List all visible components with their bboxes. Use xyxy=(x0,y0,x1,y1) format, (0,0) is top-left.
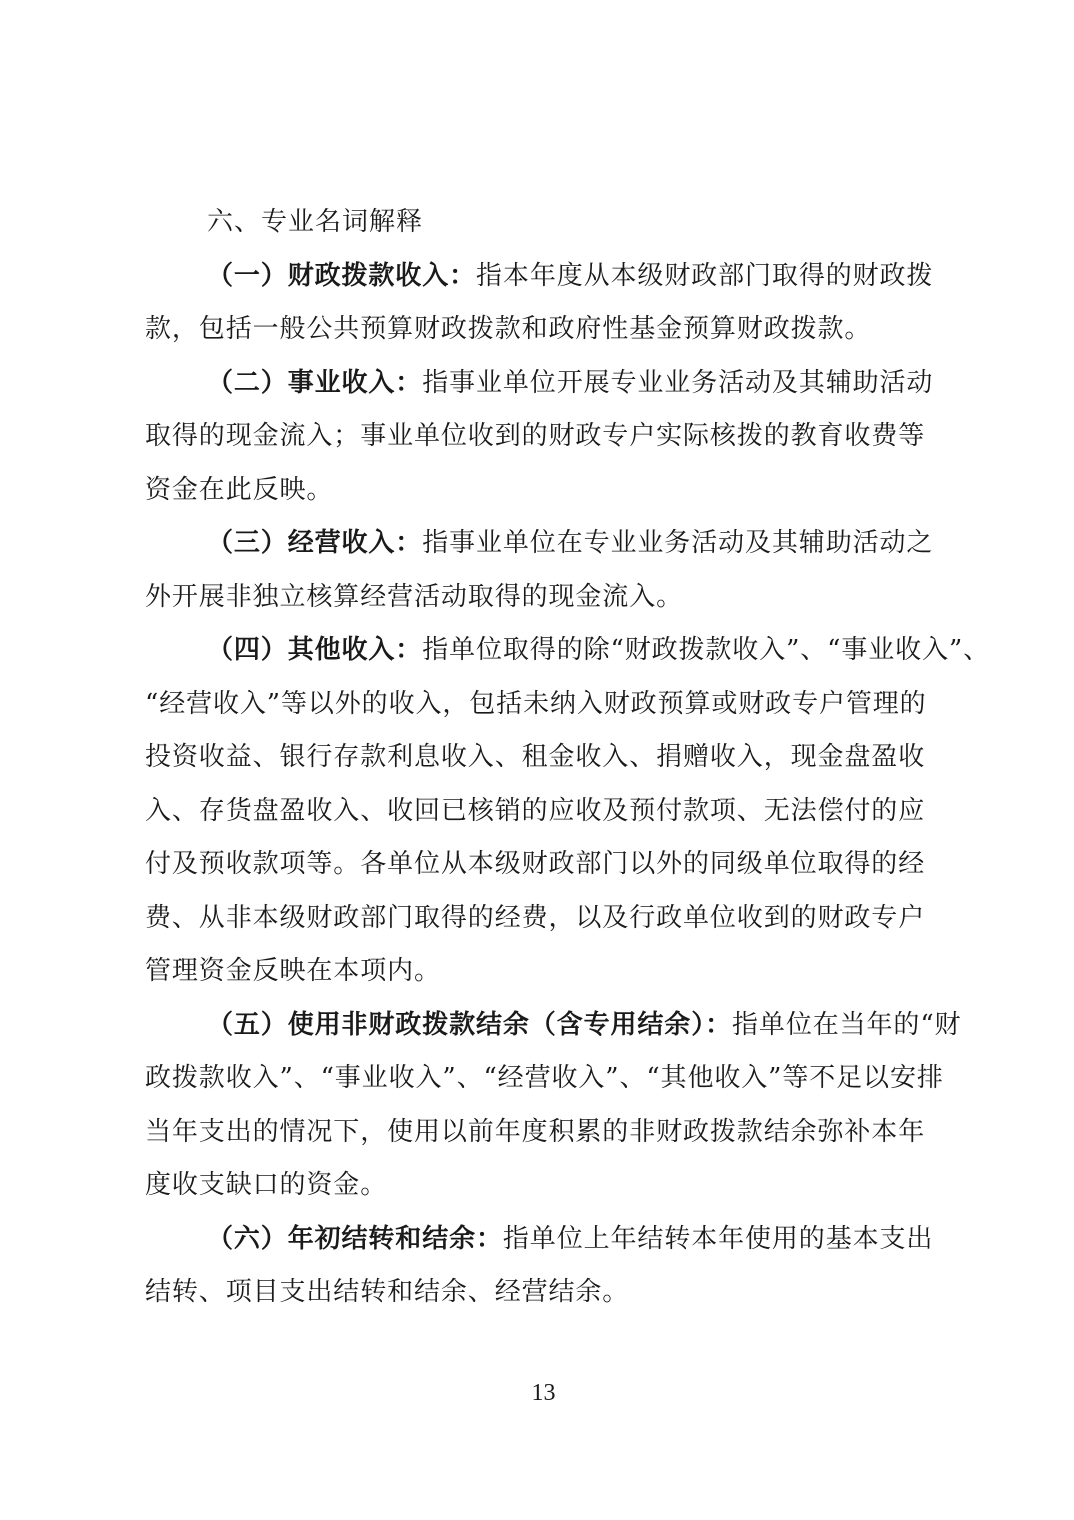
definition-text: 指单位上年结转本年使用的基本支出 xyxy=(503,1224,933,1254)
definition-item-4-line-2: “经营收入”等以外的收入，包括未纳入财政预算或财政专户管理的 xyxy=(145,689,927,719)
definition-item-1-line-2: 款，包括一般公共预算财政拨款和政府性基金预算财政拨款。 xyxy=(145,314,871,344)
definition-term: （一）财政拨款收入： xyxy=(207,261,476,291)
definition-item-3-line-2: 外开展非独立核算经营活动取得的现金流入。 xyxy=(145,582,683,612)
definition-item-1-line-1: （一）财政拨款收入：指本年度从本级财政部门取得的财政拨 xyxy=(207,261,933,291)
definition-item-5-line-2: 政拨款收入”、“事业收入”、“经营收入”、“其他收入”等不足以安排 xyxy=(145,1063,944,1093)
definition-item-3-line-1: （三）经营收入：指事业单位在专业业务活动及其辅助活动之 xyxy=(207,528,933,558)
definition-item-2-line-3: 资金在此反映。 xyxy=(145,475,333,505)
definition-item-4-line-1: （四）其他收入：指单位取得的除“财政拨款收入”、“事业收入”、 xyxy=(207,635,990,665)
definition-text: 指本年度从本级财政部门取得的财政拨 xyxy=(476,261,933,291)
definition-item-4-line-7: 管理资金反映在本项内。 xyxy=(145,956,441,986)
definition-item-5-line-1: （五）使用非财政拨款结余（含专用结余）：指单位在当年的“财 xyxy=(207,1010,961,1040)
definition-text: 指单位取得的除“财政拨款收入”、“事业收入”、 xyxy=(422,635,990,665)
definition-item-4-line-5: 付及预收款项等。各单位从本级财政部门以外的同级单位取得的经 xyxy=(145,849,925,879)
definition-term: （三）经营收入： xyxy=(207,528,422,558)
definition-text: 指事业单位开展专业业务活动及其辅助活动 xyxy=(422,368,933,398)
definition-term: （二）事业收入： xyxy=(207,368,422,398)
definition-item-2-line-1: （二）事业收入：指事业单位开展专业业务活动及其辅助活动 xyxy=(207,368,933,398)
page-number: 13 xyxy=(145,1380,942,1407)
definition-item-5-line-4: 度收支缺口的资金。 xyxy=(145,1170,387,1200)
definition-item-2-line-2: 取得的现金流入；事业单位收到的财政专户实际核拨的教育收费等 xyxy=(145,421,925,451)
definition-item-5-line-3: 当年支出的情况下，使用以前年度积累的非财政拨款结余弥补本年 xyxy=(145,1117,925,1147)
section-heading: 六、专业名词解释 xyxy=(207,207,423,237)
definition-text: 指单位在当年的“财 xyxy=(732,1010,961,1040)
definition-term: （六）年初结转和结余： xyxy=(207,1224,503,1254)
definition-item-4-line-3: 投资收益、银行存款利息收入、租金收入、捐赠收入，现金盘盈收 xyxy=(145,742,925,772)
definition-term: （四）其他收入： xyxy=(207,635,422,665)
definition-text: 指事业单位在专业业务活动及其辅助活动之 xyxy=(422,528,933,558)
definition-item-6-line-1: （六）年初结转和结余：指单位上年结转本年使用的基本支出 xyxy=(207,1224,933,1254)
definition-item-6-line-2: 结转、项目支出结转和结余、经营结余。 xyxy=(145,1277,629,1307)
definition-term: （五）使用非财政拨款结余（含专用结余）： xyxy=(207,1010,732,1040)
definition-item-4-line-6: 费、从非本级财政部门取得的经费，以及行政单位收到的财政专户 xyxy=(145,903,925,933)
definition-item-4-line-4: 入、存货盘盈收入、收回已核销的应收及预付款项、无法偿付的应 xyxy=(145,796,925,826)
